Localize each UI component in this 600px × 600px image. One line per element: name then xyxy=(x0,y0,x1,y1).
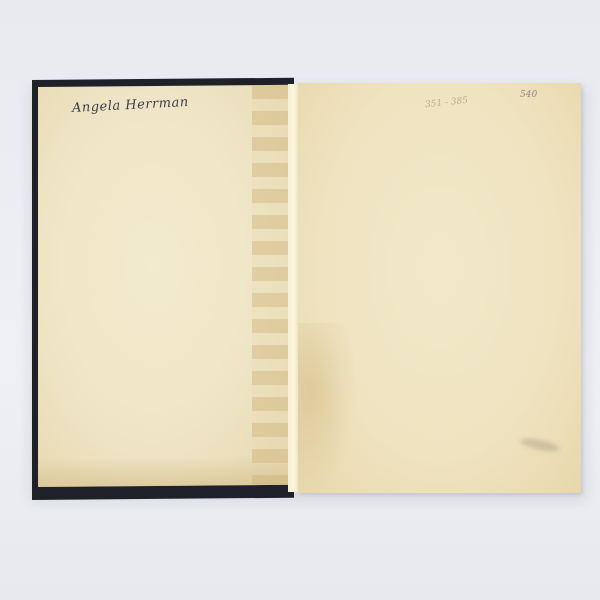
water-stain-bottom xyxy=(38,455,294,487)
pencil-note-corner: 540 xyxy=(520,90,537,100)
right-endpaper xyxy=(298,83,581,493)
water-stain-right xyxy=(298,323,358,493)
water-stain-gutter xyxy=(252,85,288,485)
left-endpaper xyxy=(38,85,294,487)
